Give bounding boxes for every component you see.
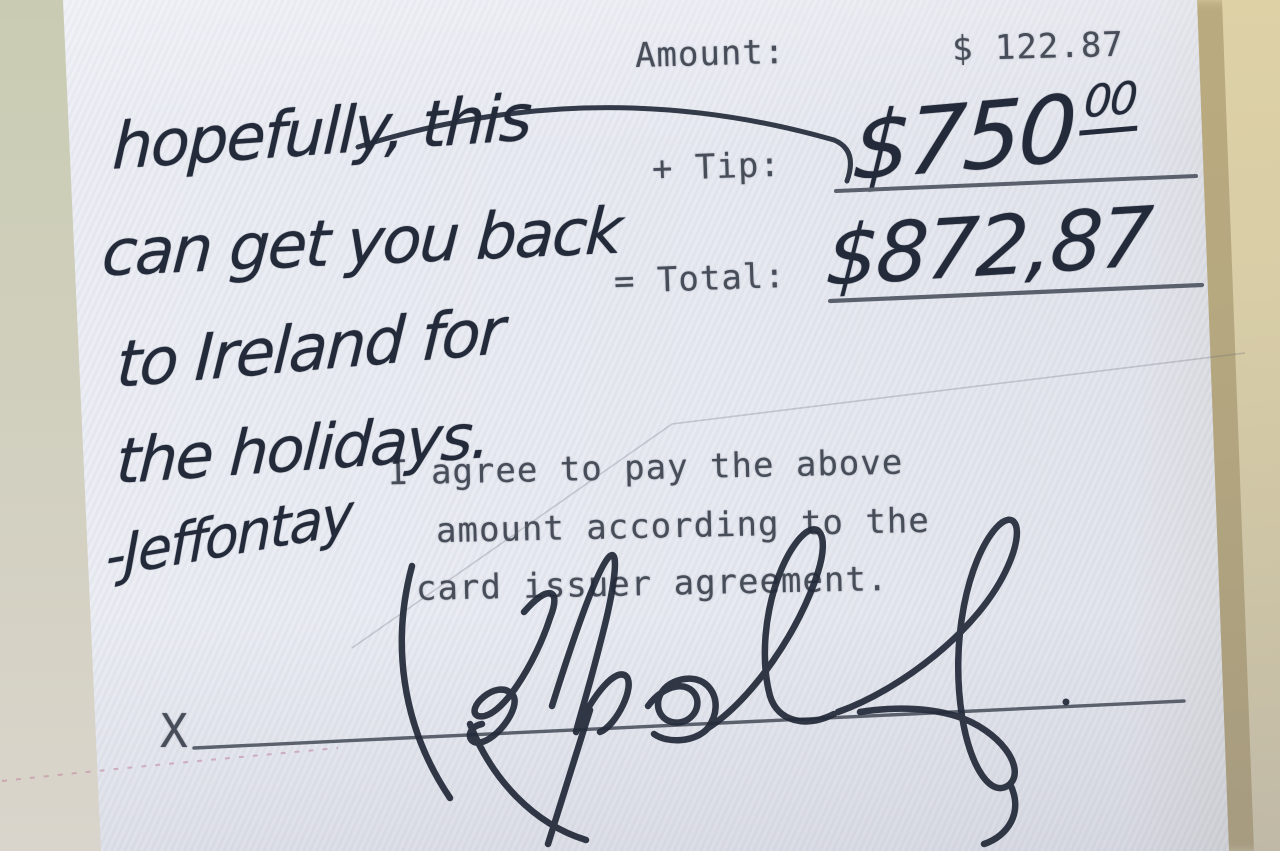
tip-dollars: $750: [850, 75, 1077, 202]
total-label: = Total:: [613, 256, 786, 302]
amount-value: $ 122.87: [952, 25, 1125, 69]
tip-cents-superscript: 00: [1079, 72, 1140, 136]
signature-x-label: X: [160, 704, 189, 758]
amount-label: Amount:: [635, 32, 786, 76]
receipt-photo: Amount: $ 122.87 + Tip: = Total: I agree…: [0, 0, 1280, 851]
handwritten-total-amount: $872,87: [823, 190, 1153, 305]
tip-label: + Tip:: [651, 145, 781, 189]
